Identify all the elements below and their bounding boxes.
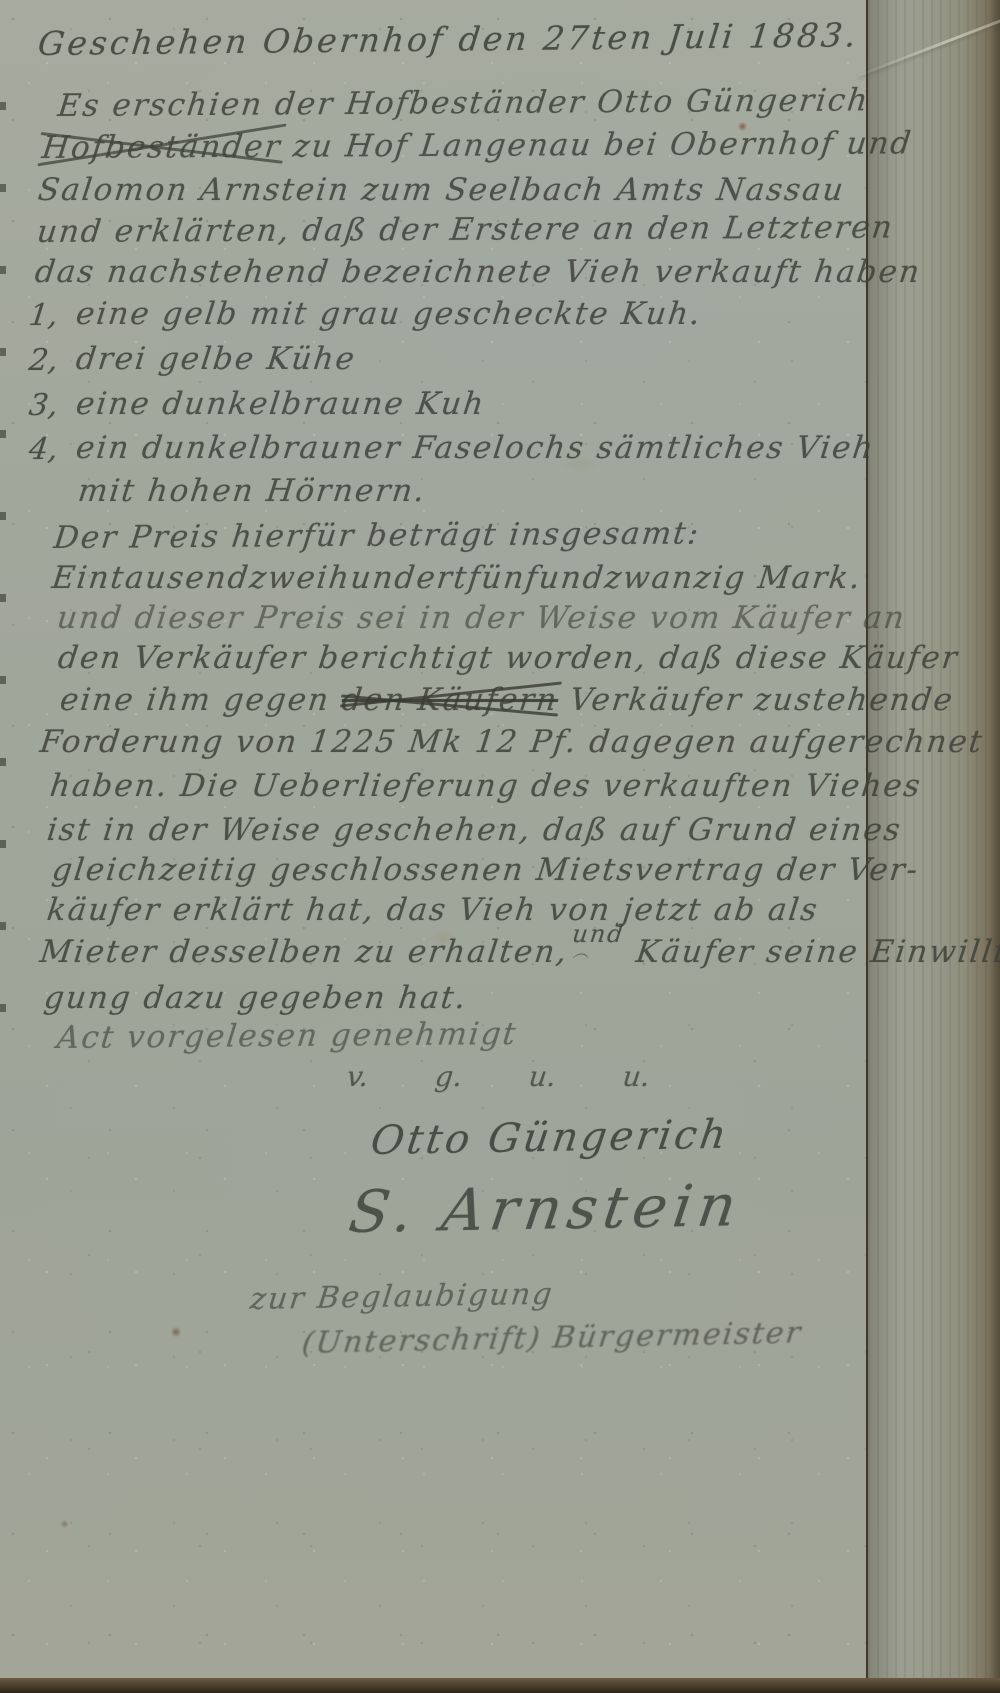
list-item-text: drei gelbe Kühe: [74, 341, 358, 377]
list-item-text: eine dunkelbraune Kuh: [74, 386, 487, 422]
manuscript-line: käufer erklärt hat, das Vieh von jetzt a…: [45, 892, 821, 928]
manuscript-page: Geschehen Obernhof den 27ten Juli 1883. …: [0, 0, 1000, 1693]
line-text: zu Hof Langenau bei Obernhof und: [279, 125, 914, 164]
manuscript-line: haben. Die Ueberlieferung des verkauften…: [48, 768, 924, 804]
inserted-word: und: [571, 920, 627, 948]
manuscript-line: Forderung von 1225 Mk 12 Pf. dagegen auf…: [38, 724, 986, 760]
manuscript-line: das nachstehend bezeichnete Vieh verkauf…: [33, 254, 923, 290]
list-item-text: ein dunkelbrauner Faselochs sämtliches V…: [74, 430, 877, 466]
manuscript-line: und erklärten, daß der Erstere an den Le…: [35, 210, 896, 250]
fold-crease: [858, 2, 1000, 76]
list-item-number: 3,: [27, 388, 60, 423]
manuscript-line: den Verkäufer berichtigt worden, daß die…: [56, 640, 961, 676]
manuscript-line: Hofbeständer zu Hof Langenau bei Obernho…: [40, 125, 915, 166]
list-item-number: 1,: [27, 298, 60, 333]
strikethrough-word: Hofbeständer: [40, 129, 284, 166]
fox-stain: [170, 1327, 182, 1337]
list-item-number: 2,: [27, 343, 60, 378]
signature-otto-guengerich: Otto Güngerich: [368, 1112, 732, 1164]
certifier-line: (Unterschrift) Bürgermeister: [300, 1316, 804, 1361]
manuscript-line: Der Preis hierfür beträgt insgesamt:: [52, 515, 702, 556]
manuscript-line: eine ihm gegen den Käufern Verkäufer zus…: [58, 682, 956, 718]
left-edge-marks: [0, 28, 6, 1048]
date-heading: Geschehen Obernhof den 27ten Juli 1883.: [36, 15, 861, 63]
manuscript-line: Mieter desselben zu erhalten,und Käufer …: [38, 934, 1000, 970]
list-item-text: mit hohen Hörnern.: [76, 473, 428, 509]
manuscript-line: gung dazu gegeben hat.: [42, 980, 470, 1016]
certification-line: zur Beglaubigung: [248, 1277, 556, 1317]
fox-stain: [60, 1520, 69, 1528]
line-text: Verkäufer zustehende: [556, 682, 956, 718]
manuscript-line: ist in der Weise geschehen, daß auf Grun…: [45, 812, 904, 848]
closing-abbreviation: v. g. u. u.: [345, 1060, 652, 1093]
signature-s-arnstein: S. Arnstein: [345, 1171, 746, 1246]
scribbled-out-word: den Käufern: [340, 682, 561, 718]
line-text: Käufer seine Einwilli-: [622, 934, 1000, 970]
manuscript-line: Eintausendzweihundertfünfundzwanzig Mark…: [50, 560, 864, 596]
manuscript-line: Salomon Arnstein zum Seelbach Amts Nassa…: [36, 172, 847, 208]
line-text: eine ihm gegen: [58, 682, 344, 718]
manuscript-line: gleichzeitig geschlossenen Mietsvertrag …: [50, 852, 921, 888]
closing-act-line: Act vorgelesen genehmigt: [55, 1016, 519, 1056]
manuscript-line: und dieser Preis sei in der Weise vom Kä…: [55, 600, 908, 636]
book-bottom-edge: [0, 1678, 1000, 1693]
manuscript-line: Es erschien der Hofbeständer Otto Günger…: [56, 82, 871, 124]
list-item-number: 4,: [27, 432, 60, 467]
line-text: Mieter desselben zu erhalten,: [38, 934, 570, 970]
list-item-text: eine gelb mit grau gescheckte Kuh.: [74, 296, 704, 332]
